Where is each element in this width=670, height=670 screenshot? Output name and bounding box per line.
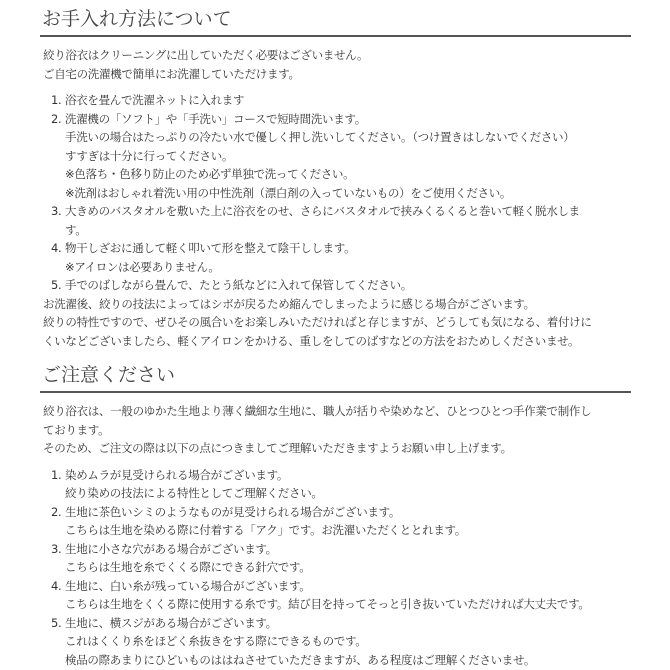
notice-intro-line-2: ております。 [43,421,631,440]
notice-item-4-note-1: こちらは生地をくくる際に使用する糸です。結び目を持ってそっと引き抜いていただけれ… [65,595,631,614]
care-step-3-note-1: す。 [65,221,631,240]
notice-item-2-note-1: こちらは生地を染める際に付着する「アク」です。お洗濯いただくととれます。 [65,521,631,540]
notice-item-3-note-1: こちらは生地を糸でくくる際にできる針穴です。 [65,558,631,577]
care-step-5-text: 手でのばしながら畳んで、たとう紙などに入れて保管してください。 [65,278,412,292]
notice-item-5-note-1: これはくくり糸をほどく糸抜きをする際にできるものです。 [65,632,631,651]
care-step-2-text: 洗濯機の「ソフト」や「手洗い」コースで短時間洗います。 [65,112,366,126]
care-step-2: 2. 洗濯機の「ソフト」や「手洗い」コースで短時間洗います。 手洗いの場合はたっ… [65,110,631,203]
care-outro-line-2: 絞りの特性ですので、ぜひその風合いをお楽しみいただければと存じますが、どうしても… [43,313,631,332]
care-section-title: お手入れ方法について [40,7,631,37]
notice-intro-line-1: 絞り浴衣は、一般のゆかた生地より薄く繊細な生地に、職人が括りや染めなど、ひとつひ… [43,402,631,421]
care-step-2-note-3: ※色落ち・色移り防止のため必ず単独で洗ってください。 [65,165,631,184]
care-outro-line-1: お洗濯後、絞りの技法によってはシボが戻るため縮んでしまったように感じる場合がござ… [43,295,631,314]
notice-item-2: 2. 生地に茶色いシミのようなものが見受けられる場合がございます。 こちらは生地… [65,503,631,540]
care-section-body: 絞り浴衣はクリーニングに出していただく必要はございません。 ご自宅の洗濯機で簡単… [40,46,631,350]
care-step-5: 5. 手でのばしながら畳んで、たとう紙などに入れて保管してください。 [65,276,631,295]
care-step-4-text: 物干しざおに通して軽く叩いて形を整えて陰干しします。 [65,241,355,255]
care-section: お手入れ方法について 絞り浴衣はクリーニングに出していただく必要はございません。… [40,7,631,350]
notice-section-title: ご注意ください [40,363,631,393]
care-step-3: 3. 大きめのバスタオルを敷いた上に浴衣をのせ、さらにバスタオルで挟みくるくると… [65,202,631,239]
notice-section: ご注意ください 絞り浴衣は、一般のゆかた生地より薄く繊細な生地に、職人が括りや染… [40,363,631,669]
page: お手入れ方法について 絞り浴衣はクリーニングに出していただく必要はございません。… [0,0,670,670]
care-step-1-text: 浴衣を畳んで洗濯ネットに入れます [65,93,244,107]
notice-item-5: 5. 生地に、横スジがある場合がございます。 これはくくり糸をほどく糸抜きをする… [65,614,631,670]
care-step-3-text: 大きめのバスタオルを敷いた上に浴衣をのせ、さらにバスタオルで挟みくるくると巻いて… [65,204,580,218]
care-step-2-note-4: ※洗剤はおしゃれ着洗い用の中性洗剤（漂白剤の入っていないもの）をご使用ください。 [65,184,631,203]
care-step-2-note-2: すすぎは十分に行ってください。 [65,147,631,166]
care-step-4-note-1: ※アイロンは必要ありません。 [65,258,631,277]
notice-item-1-note-1: 絞り染めの技法による特性としてご理解ください。 [65,484,631,503]
care-outro-line-3: くいなどございましたら、軽くアイロンをかける、重しをしてのばすなどの方法をおため… [43,332,631,351]
notice-item-1-text: 染めムラが見受けられる場合がございます。 [65,468,288,482]
notice-item-4: 4. 生地に、白い糸が残っている場合がございます。 こちらは生地をくくる際に使用… [65,577,631,614]
notice-intro-line-3: そのため、ご注文の際は以下の点につきましてご理解いただきますようお願い申し上げま… [43,439,631,458]
care-step-1: 1. 浴衣を畳んで洗濯ネットに入れます [65,91,631,110]
care-intro-line-1: 絞り浴衣はクリーニングに出していただく必要はございません。 [43,46,631,65]
care-step-2-note-1: 手洗いの場合はたっぷりの冷たい水で優しく押し洗いしてください。（つけ置きはしない… [65,128,631,147]
notice-item-5-text: 生地に、横スジがある場合がございます。 [65,616,277,630]
care-step-4: 4. 物干しざおに通して軽く叩いて形を整えて陰干しします。 ※アイロンは必要あり… [65,239,631,276]
notice-item-3-text: 生地に小さな穴がある場合がございます。 [65,542,277,556]
notice-item-1: 1. 染めムラが見受けられる場合がございます。 絞り染めの技法による特性としてご… [65,466,631,503]
notice-item-2-text: 生地に茶色いシミのようなものが見受けられる場合がございます。 [65,505,400,519]
notice-item-3: 3. 生地に小さな穴がある場合がございます。 こちらは生地を糸でくくる際にできる… [65,540,631,577]
notice-item-5-note-2: 検品の際あまりにひどいものははねさせていただきますが、ある程度はご理解くださいま… [65,651,631,670]
notice-section-body: 絞り浴衣は、一般のゆかた生地より薄く繊細な生地に、職人が括りや染めなど、ひとつひ… [40,402,631,669]
care-steps-list: 1. 浴衣を畳んで洗濯ネットに入れます 2. 洗濯機の「ソフト」や「手洗い」コー… [43,91,631,295]
notice-items-list: 1. 染めムラが見受けられる場合がございます。 絞り染めの技法による特性としてご… [43,466,631,670]
care-intro-line-2: ご自宅の洗濯機で簡単にお洗濯していただけます。 [43,65,631,84]
notice-item-4-text: 生地に、白い糸が残っている場合がございます。 [65,579,310,593]
